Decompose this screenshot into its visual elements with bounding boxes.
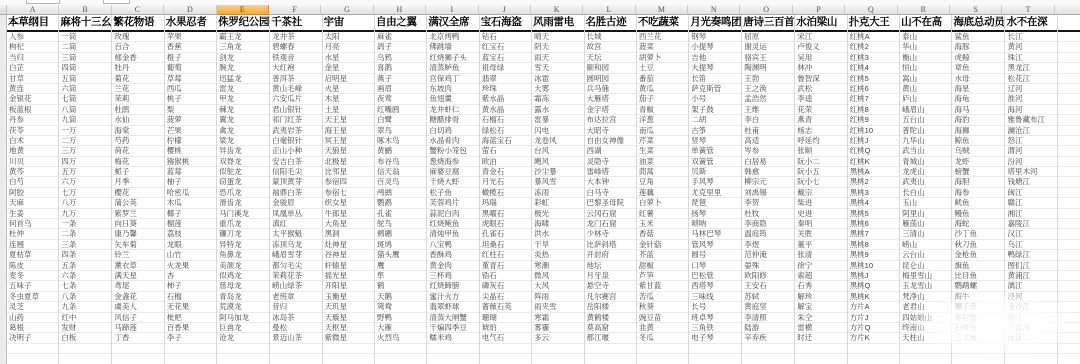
column-title-P[interactable]: 水泊梁山 <box>795 15 846 32</box>
cell-M23[interactable]: 芥蓝 <box>637 250 688 260</box>
cell-I20[interactable]: 红烧鲍鱼 <box>427 219 478 229</box>
cell-R18[interactable]: 玉山 <box>900 198 951 208</box>
cell-L19[interactable]: 云冈石窟 <box>585 209 636 219</box>
cell-L23[interactable]: 开封府 <box>585 250 636 260</box>
cell-A21[interactable]: 杜仲 <box>7 229 58 239</box>
column-letter-R[interactable]: R <box>898 5 950 15</box>
cell-L15[interactable]: 雷峰塔 <box>585 167 636 177</box>
cell-R12[interactable]: 九华山 <box>900 136 951 146</box>
cell-D11[interactable]: 芒果 <box>165 126 216 136</box>
cell-D13[interactable]: 樱桃 <box>165 146 216 156</box>
cell-J19[interactable]: 黑曜石 <box>480 209 531 219</box>
cell-P2[interactable]: 宋江 <box>795 32 846 42</box>
cell-F15[interactable]: 信阳毛尖 <box>270 167 321 177</box>
cell-N12[interactable]: 竖琴 <box>689 136 741 146</box>
cell-H32[interactable] <box>375 344 426 354</box>
cell-R23[interactable]: 云台山 <box>900 250 951 260</box>
cell-N30[interactable]: 三角铁 <box>689 323 741 333</box>
cell-K31[interactable]: 多云 <box>532 333 583 343</box>
cell-G11[interactable]: 海王星 <box>323 126 374 136</box>
cell-K19[interactable]: 极光 <box>532 209 583 219</box>
cell-G8[interactable]: 木星 <box>323 94 374 104</box>
cell-I27[interactable]: 蜜汁火方 <box>427 292 478 302</box>
cell-C24[interactable]: 薰衣草 <box>112 261 163 271</box>
cell-P12[interactable]: 呼延灼 <box>795 136 846 146</box>
cell-O7[interactable]: 王之涣 <box>742 84 794 94</box>
cell-D26[interactable]: 柿子 <box>165 281 216 291</box>
cell-J22[interactable]: 坦桑石 <box>480 240 531 250</box>
cell-T30[interactable]: 大渡河 <box>1005 323 1056 333</box>
cell-T33[interactable] <box>1005 354 1056 364</box>
cell-D30[interactable]: 百香果 <box>165 323 216 333</box>
cell-I6[interactable]: 宫保鸡丁 <box>427 74 478 84</box>
cell-blank[interactable] <box>1058 167 1080 177</box>
cell-C19[interactable]: 紫罗兰 <box>112 209 163 219</box>
cell-B5[interactable]: 四筒 <box>59 63 111 73</box>
column-title-O[interactable]: 唐诗三百首 <box>742 15 794 32</box>
cell-O19[interactable]: 杜牧 <box>742 209 794 219</box>
cell-Q2[interactable]: 红桃A <box>848 32 899 42</box>
cell-M15[interactable]: 茼蒿 <box>637 167 688 177</box>
cell-T5[interactable]: 黑龙江 <box>1005 63 1056 73</box>
cell-A20[interactable]: 何首乌 <box>7 219 58 229</box>
cell-C3[interactable]: 百合 <box>112 42 163 52</box>
cell-M11[interactable]: 南瓜 <box>637 126 688 136</box>
cell-A33[interactable] <box>7 354 58 364</box>
column-title-J[interactable]: 宝石海盗 <box>480 15 531 32</box>
cell-S18[interactable]: 鱿鱼 <box>952 198 1004 208</box>
cell-N20[interactable]: 唢呐 <box>689 219 741 229</box>
cell-I28[interactable]: 翡翠虾球 <box>427 302 478 312</box>
cell-K13[interactable]: 台风 <box>532 146 583 156</box>
cell-F2[interactable]: 龙井茶 <box>270 32 321 42</box>
cell-M20[interactable]: 玉米 <box>637 219 688 229</box>
cell-K15[interactable]: 沙尘暴 <box>532 167 583 177</box>
cell-D15[interactable]: 蓝莓 <box>165 167 216 177</box>
cell-O24[interactable]: 晏殊 <box>742 261 794 271</box>
cell-M8[interactable]: 茄子 <box>637 94 688 104</box>
cell-Q27[interactable]: 黑桃K <box>848 292 899 302</box>
cell-L27[interactable]: 凡尔赛宫 <box>585 292 636 302</box>
cell-P20[interactable]: 秦明 <box>795 219 846 229</box>
cell-B2[interactable]: 一筒 <box>59 32 111 42</box>
column-letter-A[interactable]: A <box>7 5 59 15</box>
cell-N13[interactable]: 单簧管 <box>689 146 741 156</box>
cell-C14[interactable]: 梅花 <box>112 157 163 167</box>
cell-G31[interactable]: 紫微星 <box>323 333 374 343</box>
cell-B12[interactable]: 二万 <box>59 136 111 146</box>
cell-I8[interactable]: 鱼翅羹 <box>427 94 478 104</box>
cell-N15[interactable]: 贝斯 <box>689 167 741 177</box>
cell-N9[interactable]: 架子鼓 <box>689 105 741 115</box>
cell-K11[interactable]: 闪电 <box>532 126 583 136</box>
cell-M30[interactable]: 韭黄 <box>637 323 688 333</box>
cell-B15[interactable]: 五万 <box>59 167 111 177</box>
cell-S19[interactable]: 鳗鱼 <box>952 209 1004 219</box>
cell-N18[interactable]: 琵琶 <box>689 198 741 208</box>
column-title-G[interactable]: 宇宙 <box>323 15 374 32</box>
cell-O25[interactable]: 欧阳修 <box>742 271 794 281</box>
cell-I11[interactable]: 白切鸡 <box>427 126 478 136</box>
cell-blank[interactable] <box>1058 94 1080 104</box>
cell-D9[interactable]: 梨 <box>165 105 216 115</box>
cell-D7[interactable]: 西瓜 <box>165 84 216 94</box>
cell-A31[interactable]: 决明子 <box>7 333 58 343</box>
cell-B7[interactable]: 六筒 <box>59 84 111 94</box>
cell-S33[interactable] <box>952 354 1004 364</box>
column-title-H[interactable]: 自由之翼 <box>375 15 426 32</box>
cell-P3[interactable]: 卢俊义 <box>795 42 846 52</box>
cell-blank[interactable] <box>1058 53 1080 63</box>
column-letter-J[interactable]: J <box>479 5 531 15</box>
cell-H19[interactable]: 孔雀 <box>375 209 426 219</box>
column-title-S[interactable]: 海底总动员 <box>952 15 1004 32</box>
cell-M27[interactable]: 苦瓜 <box>637 292 688 302</box>
cell-B28[interactable]: 九条 <box>59 302 111 312</box>
cell-L33[interactable] <box>585 354 636 364</box>
cell-T22[interactable]: 乌江 <box>1005 240 1056 250</box>
cell-M12[interactable]: 芹菜 <box>637 136 688 146</box>
cell-P18[interactable]: 柴进 <box>795 198 846 208</box>
cell-B9[interactable]: 八筒 <box>59 105 111 115</box>
cell-M17[interactable]: 莲藕 <box>637 188 688 198</box>
cell-R11[interactable]: 普陀山 <box>900 126 951 136</box>
cell-M10[interactable]: 洋葱 <box>637 115 688 125</box>
cell-F26[interactable]: 崂山绿茶 <box>270 281 321 291</box>
column-letter-T[interactable]: T <box>1002 5 1054 15</box>
cell-H25[interactable]: 隼 <box>375 271 426 281</box>
cell-T27[interactable]: 泾河 <box>1005 292 1056 302</box>
cell-blank[interactable] <box>1058 63 1080 73</box>
cell-I13[interactable]: 蟹粉小笼包 <box>427 146 478 156</box>
cell-H12[interactable]: 啄木鸟 <box>375 136 426 146</box>
cell-H29[interactable]: 野鸭 <box>375 313 426 323</box>
cell-Q12[interactable]: 红桃J <box>848 136 899 146</box>
cell-R10[interactable]: 五台山 <box>900 115 951 125</box>
cell-S8[interactable]: 海龟 <box>952 94 1004 104</box>
cell-I5[interactable]: 清蒸鲈鱼 <box>427 63 478 73</box>
cell-H30[interactable]: 大雁 <box>375 323 426 333</box>
cell-S15[interactable]: 螃蟹 <box>952 167 1004 177</box>
cell-J4[interactable]: 蓝宝石 <box>480 53 531 63</box>
cell-G19[interactable]: 牛郎星 <box>323 209 374 219</box>
cell-L8[interactable]: 大雁塔 <box>585 94 636 104</box>
cell-L32[interactable] <box>585 344 636 354</box>
cell-F31[interactable]: 景迈山茶 <box>270 333 321 343</box>
cell-blank[interactable] <box>1058 302 1080 312</box>
cell-M7[interactable]: 黄瓜 <box>637 84 688 94</box>
cell-B13[interactable]: 三万 <box>59 146 111 156</box>
row-header-strip[interactable] <box>0 15 7 364</box>
cell-L20[interactable]: 龙门石窟 <box>585 219 636 229</box>
cell-P11[interactable]: 杨志 <box>795 126 846 136</box>
cell-S10[interactable]: 海豹 <box>952 115 1004 125</box>
cell-M21[interactable]: 香菇 <box>637 229 688 239</box>
cell-H31[interactable]: 火烈鸟 <box>375 333 426 343</box>
cell-A9[interactable]: 板蓝根 <box>7 105 58 115</box>
cell-F21[interactable]: 太平猴魁 <box>270 229 321 239</box>
cell-D33[interactable] <box>165 354 216 364</box>
cell-O21[interactable]: 温庭筠 <box>742 229 794 239</box>
cell-C5[interactable]: 牡丹 <box>112 63 163 73</box>
cell-G5[interactable]: 金星 <box>323 63 374 73</box>
column-letter-O[interactable]: O <box>740 5 792 15</box>
cell-R32[interactable] <box>900 344 951 354</box>
cell-P4[interactable]: 吴用 <box>795 53 846 63</box>
cell-D32[interactable] <box>165 344 216 354</box>
cell-B11[interactable]: 一万 <box>59 126 111 136</box>
cell-B32[interactable] <box>59 344 111 354</box>
cell-C11[interactable]: 海棠 <box>112 126 163 136</box>
cell-S6[interactable]: 水母 <box>952 74 1004 84</box>
cell-R33[interactable] <box>900 354 951 364</box>
cell-T26[interactable]: 漓江 <box>1005 281 1056 291</box>
cell-E17[interactable]: 恐爪龙 <box>217 188 269 198</box>
cell-B18[interactable]: 八万 <box>59 198 111 208</box>
cell-D16[interactable]: 柚子 <box>165 177 216 187</box>
cell-G7[interactable]: 火星 <box>323 84 374 94</box>
cell-F11[interactable]: 武夷岩茶 <box>270 126 321 136</box>
cell-J25[interactable]: 锆石 <box>480 271 531 281</box>
cell-K23[interactable]: 炎热 <box>532 250 583 260</box>
cell-I16[interactable]: 干烧大虾 <box>427 177 478 187</box>
cell-L9[interactable]: 金字塔 <box>585 105 636 115</box>
cell-G6[interactable]: 启明星 <box>323 74 374 84</box>
cell-blank[interactable] <box>1058 136 1080 146</box>
cell-F30[interactable]: 曼松 <box>270 323 321 333</box>
cell-N21[interactable]: 马林巴琴 <box>689 229 741 239</box>
cell-G2[interactable]: 太阳 <box>323 32 374 42</box>
cell-H22[interactable]: 斑鸠 <box>375 240 426 250</box>
cell-A10[interactable]: 丹参 <box>7 115 58 125</box>
cell-T9[interactable]: 海河 <box>1005 105 1056 115</box>
column-title-F[interactable]: 千茶社 <box>270 15 321 32</box>
cell-F13[interactable]: 正山小种 <box>270 146 321 156</box>
cell-T17[interactable]: 闽江 <box>1005 188 1056 198</box>
cell-G26[interactable]: 开阳星 <box>323 281 374 291</box>
cell-L24[interactable]: 地坛 <box>585 261 636 271</box>
cell-N27[interactable]: 三味线 <box>689 292 741 302</box>
cell-A16[interactable]: 白芍 <box>7 177 58 187</box>
cell-I32[interactable] <box>427 344 478 354</box>
cell-S3[interactable]: 海豚 <box>952 42 1004 52</box>
cell-A29[interactable]: 山药 <box>7 313 58 323</box>
cell-E33[interactable] <box>217 354 269 364</box>
cell-O16[interactable]: 柳宗元 <box>742 177 794 187</box>
cell-L26[interactable]: 悬空寺 <box>585 281 636 291</box>
cell-A13[interactable]: 地黄 <box>7 146 58 156</box>
cell-P17[interactable]: 戴宗 <box>795 188 846 198</box>
cell-L13[interactable]: 西湖 <box>585 146 636 156</box>
cell-B8[interactable]: 七筒 <box>59 94 111 104</box>
column-title-A[interactable]: 本草纲目 <box>7 15 58 32</box>
cell-T4[interactable]: 珠江 <box>1005 53 1056 63</box>
cell-G20[interactable]: 大角星 <box>323 219 374 229</box>
cell-D19[interactable]: 椰子 <box>165 209 216 219</box>
cell-O18[interactable]: 李贺 <box>742 198 794 208</box>
cell-I25[interactable]: 三杯鸡 <box>427 271 478 281</box>
cell-J30[interactable]: 琥珀 <box>480 323 531 333</box>
cell-D25[interactable]: 杏 <box>165 271 216 281</box>
cell-Q14[interactable]: 红桃K <box>848 157 899 167</box>
cell-H26[interactable]: 鹤 <box>375 281 426 291</box>
cell-C2[interactable]: 玫瑰 <box>112 32 163 42</box>
cell-B16[interactable]: 六万 <box>59 177 111 187</box>
cell-blank[interactable] <box>1058 32 1080 42</box>
cell-O12[interactable]: 高适 <box>742 136 794 146</box>
cell-F4[interactable]: 铁观音 <box>270 53 321 63</box>
cell-F10[interactable]: 祁门红茶 <box>270 115 321 125</box>
cell-O15[interactable]: 韩愈 <box>742 167 794 177</box>
cell-O14[interactable]: 白居易 <box>742 157 794 167</box>
cell-S27[interactable]: 海牛 <box>952 292 1004 302</box>
cell-L18[interactable]: 巴黎圣母院 <box>585 198 636 208</box>
cell-C7[interactable]: 兰花 <box>112 84 163 94</box>
column-title-T[interactable]: 水不在深 <box>1005 15 1056 32</box>
cell-G4[interactable]: 水星 <box>323 53 374 63</box>
cell-Q31[interactable]: 方片K <box>848 333 899 343</box>
cell-P31[interactable]: 时迁 <box>795 333 846 343</box>
cell-K33[interactable] <box>532 354 583 364</box>
cell-A32[interactable] <box>7 344 58 354</box>
cell-blank[interactable] <box>1058 344 1080 354</box>
cell-C16[interactable]: 月季 <box>112 177 163 187</box>
cell-O31[interactable]: 辛弃疾 <box>742 333 794 343</box>
cell-T6[interactable]: 松花江 <box>1005 74 1056 84</box>
cell-P10[interactable]: 燕青 <box>795 115 846 125</box>
cell-K21[interactable]: 洪水 <box>532 229 583 239</box>
cell-K5[interactable]: 雪天 <box>532 63 583 73</box>
cell-A8[interactable]: 金银花 <box>7 94 58 104</box>
cell-D21[interactable]: 荔枝 <box>165 229 216 239</box>
cell-C18[interactable]: 蒲公英 <box>112 198 163 208</box>
cell-G33[interactable] <box>323 354 374 364</box>
cell-I7[interactable]: 东坡肉 <box>427 84 478 94</box>
cell-L10[interactable]: 布达拉宫 <box>585 115 636 125</box>
cell-A6[interactable]: 甘草 <box>7 74 58 84</box>
cell-B3[interactable]: 二筒 <box>59 42 111 52</box>
cell-E6[interactable]: 迅猛龙 <box>217 74 269 84</box>
cell-F22[interactable]: 冻顶乌龙 <box>270 240 321 250</box>
cell-E21[interactable]: 镰刀龙 <box>217 229 269 239</box>
cell-N23[interactable]: 圆号 <box>689 250 741 260</box>
cell-F28[interactable]: 昔归 <box>270 302 321 312</box>
cell-D14[interactable]: 猕猴桃 <box>165 157 216 167</box>
cell-Q9[interactable]: 红桃8 <box>848 105 899 115</box>
cell-F29[interactable]: 冰岛茶 <box>270 313 321 323</box>
cell-L29[interactable]: 黄鹤楼 <box>585 313 636 323</box>
cell-M18[interactable]: 白萝卜 <box>637 198 688 208</box>
cell-blank[interactable] <box>1058 115 1080 125</box>
column-title-Q[interactable]: 扑克大王 <box>848 15 899 32</box>
cell-S12[interactable]: 鲸鱼 <box>952 136 1004 146</box>
cell-O33[interactable] <box>742 354 794 364</box>
cell-S26[interactable]: 鹦鹉螺 <box>952 281 1004 291</box>
cell-L14[interactable]: 灵隐寺 <box>585 157 636 167</box>
cell-M33[interactable] <box>637 354 688 364</box>
cell-Q16[interactable]: 黑桃2 <box>848 177 899 187</box>
cell-A19[interactable]: 生姜 <box>7 209 58 219</box>
column-letter-I[interactable]: I <box>426 5 478 15</box>
cell-K30[interactable]: 雾霾 <box>532 323 583 333</box>
column-letter-M[interactable]: M <box>636 5 688 15</box>
cell-A2[interactable]: 人参 <box>7 32 58 42</box>
column-title-D[interactable]: 水果忍者 <box>165 15 216 32</box>
cell-O30[interactable]: 陆游 <box>742 323 794 333</box>
cell-J33[interactable] <box>480 354 531 364</box>
cell-K17[interactable]: 冻雨 <box>532 188 583 198</box>
column-letter-E[interactable]: E <box>217 5 269 15</box>
cell-O13[interactable]: 岑参 <box>742 146 794 156</box>
cell-Q24[interactable]: 黑桃10 <box>848 261 899 271</box>
cell-C26[interactable]: 鸢尾 <box>112 281 163 291</box>
cell-F32[interactable] <box>270 344 321 354</box>
cell-blank[interactable] <box>1058 292 1080 302</box>
cell-L5[interactable]: 颐和园 <box>585 63 636 73</box>
cell-B25[interactable]: 六条 <box>59 271 111 281</box>
cell-Q23[interactable]: 黑桃9 <box>848 250 899 260</box>
cell-S14[interactable]: 龙虾 <box>952 157 1004 167</box>
cell-P32[interactable] <box>795 344 846 354</box>
cell-blank[interactable] <box>1058 74 1080 84</box>
cell-O8[interactable]: 孟浩然 <box>742 94 794 104</box>
cell-L21[interactable]: 少林寺 <box>585 229 636 239</box>
cell-G24[interactable]: 轩辕星 <box>323 261 374 271</box>
cell-B19[interactable]: 九万 <box>59 209 111 219</box>
cell-S28[interactable]: 狮子鱼 <box>952 302 1004 312</box>
cell-E28[interactable]: 荒漠龙 <box>217 302 269 312</box>
cell-K6[interactable]: 冰雹 <box>532 74 583 84</box>
cell-O6[interactable]: 王勃 <box>742 74 794 84</box>
cell-R2[interactable]: 泰山 <box>900 32 951 42</box>
cell-E20[interactable]: 重爪龙 <box>217 219 269 229</box>
cell-S29[interactable]: 寄居蟹 <box>952 313 1004 323</box>
cell-F9[interactable]: 君山银针 <box>270 105 321 115</box>
cell-G27[interactable]: 玉衡星 <box>323 292 374 302</box>
cell-A26[interactable]: 五味子 <box>7 281 58 291</box>
cell-P8[interactable]: 李逵 <box>795 94 846 104</box>
cell-C21[interactable]: 康乃馨 <box>112 229 163 239</box>
cell-T29[interactable]: 岷江 <box>1005 313 1056 323</box>
cell-J20[interactable]: 虎眼石 <box>480 219 531 229</box>
cell-E19[interactable]: 马门溪龙 <box>217 209 269 219</box>
cell-T13[interactable]: 渭河 <box>1005 146 1056 156</box>
cell-blank[interactable] <box>1058 126 1080 136</box>
cell-N26[interactable]: 西塔琴 <box>689 281 741 291</box>
cell-P25[interactable]: 索超 <box>795 271 846 281</box>
column-letter-D[interactable]: D <box>164 5 216 15</box>
cell-Q26[interactable]: 黑桃Q <box>848 281 899 291</box>
cell-G25[interactable]: 摇光星 <box>323 271 374 281</box>
cell-M6[interactable]: 番茄 <box>637 74 688 84</box>
cell-N17[interactable]: 尤克里里 <box>689 188 741 198</box>
cell-Q3[interactable]: 红桃2 <box>848 42 899 52</box>
cell-M28[interactable]: 秋葵 <box>637 302 688 312</box>
cell-J14[interactable]: 欧泊 <box>480 157 531 167</box>
cell-O26[interactable]: 王安石 <box>742 281 794 291</box>
cell-D20[interactable]: 榴莲 <box>165 219 216 229</box>
cell-E23[interactable]: 角鼻龙 <box>217 250 269 260</box>
cell-G16[interactable]: 参宿四 <box>323 177 374 187</box>
cell-G17[interactable]: 参宿七 <box>323 188 374 198</box>
cell-N33[interactable] <box>689 354 741 364</box>
cell-I9[interactable]: 龙井虾仁 <box>427 105 478 115</box>
cell-G3[interactable]: 月亮 <box>323 42 374 52</box>
column-letter-blank[interactable] <box>1055 5 1080 15</box>
cell-S30[interactable]: 石斑鱼 <box>952 323 1004 333</box>
cell-I14[interactable]: 葱烧海参 <box>427 157 478 167</box>
cell-F7[interactable]: 黄山毛峰 <box>270 84 321 94</box>
